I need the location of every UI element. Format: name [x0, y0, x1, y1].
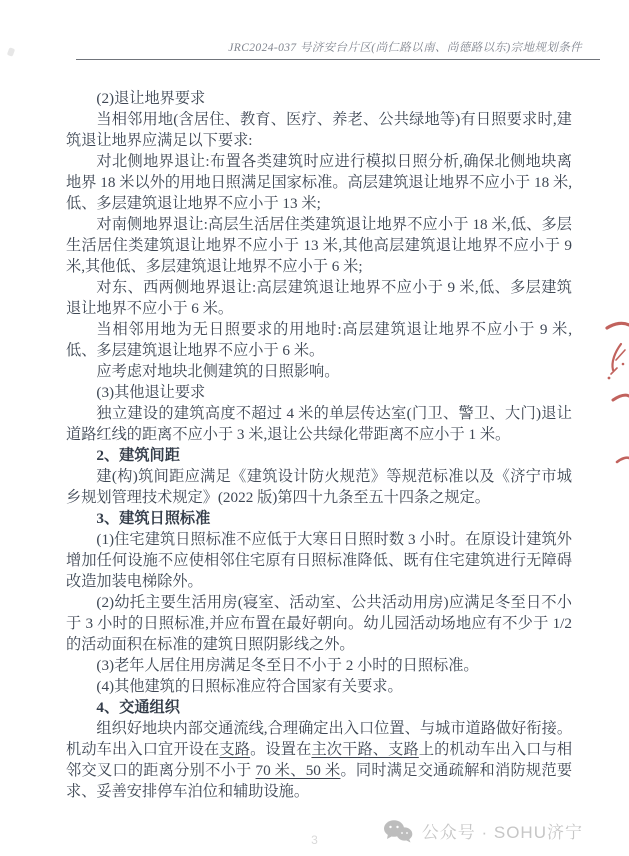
header-divider — [76, 59, 600, 60]
paragraph: (2)退让地界要求 — [66, 88, 572, 109]
document-page: JRC2024-037 号济安台片区(尚仁路以南、尚德路以东)宗地规划条件 (2… — [0, 0, 629, 856]
section-heading: 4、交通组织 — [66, 697, 572, 718]
text-segment: 当相邻用地为无日照要求的用地时:高层建筑退让地界不应小于 9 米,低、多层建筑退… — [66, 321, 572, 359]
paragraph: 组织好地块内部交通流线,合理确定出入口位置、与城市道路做好衔接。机动车出入口宜开… — [66, 718, 572, 802]
text-segment: 4、交通组织 — [96, 699, 180, 716]
text-segment: 2、建筑间距 — [96, 447, 180, 464]
text-segment: 对北侧地界退让:布置各类建筑时应进行模拟日照分析,确保北侧地块离地界 18 米以… — [66, 153, 572, 212]
text-segment: 支路 — [219, 741, 250, 758]
paragraph: (4)其他建筑的日照标准应符合国家有关要求。 — [66, 676, 572, 697]
document-body: (2)退让地界要求当相邻用地(含居住、教育、医疗、养老、公共绿地等)有日照要求时… — [66, 88, 572, 802]
text-segment: 对南侧地界退让:高层生活居住类建筑退让地界不应小于 18 米,低、多层生活居住类… — [66, 216, 572, 275]
text-segment: (2)退让地界要求 — [96, 90, 205, 107]
text-segment: (3)其他退让要求 — [96, 384, 205, 401]
text-segment: 独立建设的建筑高度不超过 4 米的单层传达室(门卫、警卫、大门)退让道路红线的距… — [66, 405, 572, 443]
paragraph: (1)住宅建筑日照标准不应低于大寒日日照时数 3 小时。在原设计建筑外增加任何设… — [66, 529, 572, 592]
paragraph: 对东、西两侧地界退让:高层建筑退让地界不应小于 9 米,低、多层建筑退让地界不应… — [66, 277, 572, 319]
section-heading: 3、建筑日照标准 — [66, 508, 572, 529]
wechat-icon — [383, 819, 413, 843]
document-header-title: JRC2024-037 号济安台片区(尚仁路以南、尚德路以东)宗地规划条件 — [40, 39, 582, 55]
section-heading: 2、建筑间距 — [66, 445, 572, 466]
paragraph: 独立建设的建筑高度不超过 4 米的单层传达室(门卫、警卫、大门)退让道路红线的距… — [66, 403, 572, 445]
text-segment: 当相邻用地(含居住、教育、医疗、养老、公共绿地等)有日照要求时,建筑退让地界应满… — [66, 111, 572, 149]
text-segment: 3、建筑日照标准 — [96, 510, 210, 527]
paragraph: 当相邻用地(含居住、教育、医疗、养老、公共绿地等)有日照要求时,建筑退让地界应满… — [66, 109, 572, 151]
text-segment: 主次干路、支路 — [311, 741, 418, 758]
official-seal-fragment — [601, 316, 629, 481]
paragraph: 当相邻用地为无日照要求的用地时:高层建筑退让地界不应小于 9 米,低、多层建筑退… — [66, 319, 572, 361]
text-segment: 应考虑对地块北侧建筑的日照影响。 — [96, 363, 339, 380]
text-segment: (4)其他建筑的日照标准应符合国家有关要求。 — [96, 678, 402, 695]
paragraph: 应考虑对地块北侧建筑的日照影响。 — [66, 361, 572, 382]
paragraph: (3)老年人居住用房满足冬至日不小于 2 小时的日照标准。 — [66, 655, 572, 676]
text-segment: 。设置在 — [250, 741, 311, 758]
text-segment: (3)老年人居住用房满足冬至日不小于 2 小时的日照标准。 — [96, 657, 478, 674]
paragraph: 对北侧地界退让:布置各类建筑时应进行模拟日照分析,确保北侧地块离地界 18 米以… — [66, 151, 572, 214]
text-segment: 70 米、50 米 — [256, 762, 341, 779]
text-segment: 对东、西两侧地界退让:高层建筑退让地界不应小于 9 米,低、多层建筑退让地界不应… — [66, 279, 572, 317]
publisher-watermark: 公众号 · SOHU济宁 — [383, 818, 583, 843]
paragraph: 对南侧地界退让:高层生活居住类建筑退让地界不应小于 18 米,低、多层生活居住类… — [66, 214, 572, 277]
paragraph: (3)其他退让要求 — [66, 382, 572, 403]
paragraph: (2)幼托主要生活用房(寝室、活动室、公共活动用房)应满足冬至日不小于 3 小时… — [66, 592, 572, 655]
text-segment: 建(构)筑间距应满足《建筑设计防火规范》等规范标准以及《济宁市城乡规划管理技术规… — [66, 468, 572, 506]
watermark-text: 公众号 · SOHU济宁 — [422, 818, 583, 843]
scan-artifact — [7, 47, 15, 57]
paragraph: 建(构)筑间距应满足《建筑设计防火规范》等规范标准以及《济宁市城乡规划管理技术规… — [66, 466, 572, 508]
text-segment: (2)幼托主要生活用房(寝室、活动室、公共活动用房)应满足冬至日不小于 3 小时… — [66, 594, 572, 653]
text-segment: (1)住宅建筑日照标准不应低于大寒日日照时数 3 小时。在原设计建筑外增加任何设… — [66, 531, 572, 590]
